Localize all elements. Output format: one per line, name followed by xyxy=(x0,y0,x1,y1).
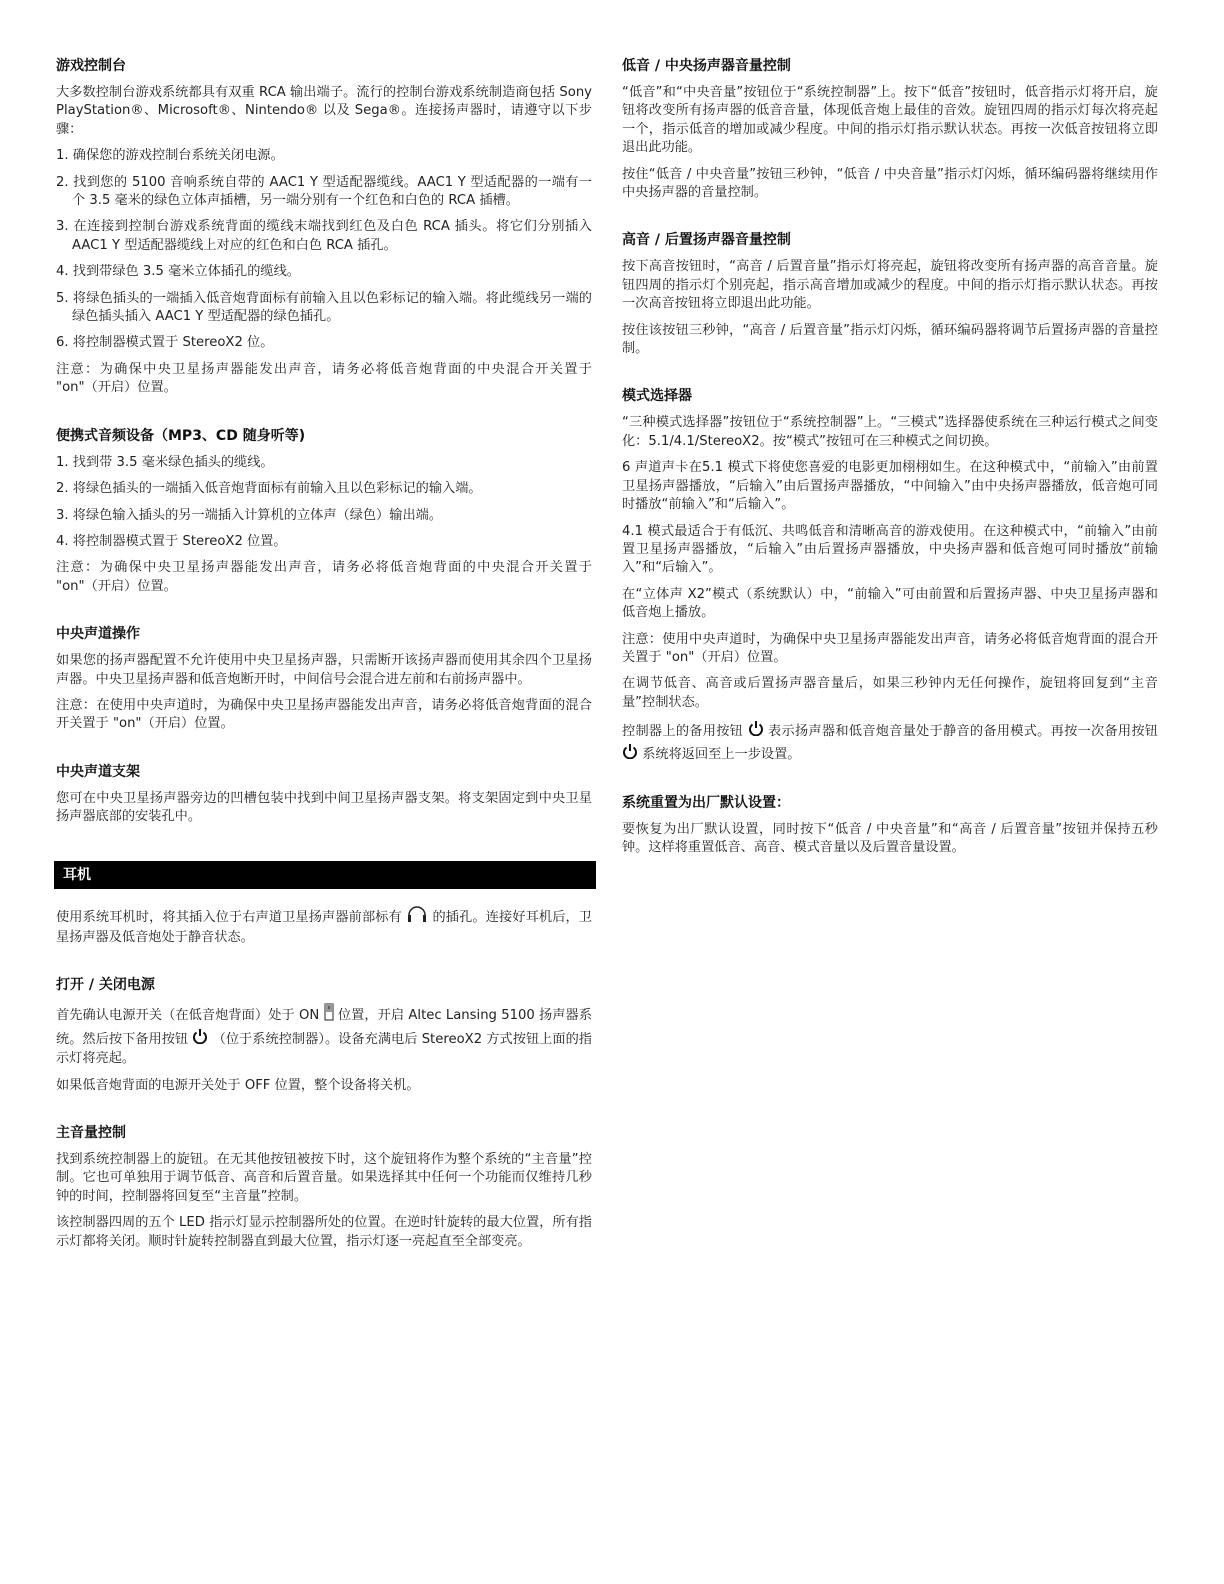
paragraph: 该控制器四周的五个 LED 指示灯显示控制器所处的位置。在逆时针旋转的最大位置，… xyxy=(56,1214,592,1251)
paragraph: 大多数控制台游戏系统都具有双重 RCA 输出端子。流行的控制台游戏系统制造商包括… xyxy=(56,84,592,139)
text: 控制器上的备用按钮 xyxy=(622,724,743,739)
text: 使用系统耳机时，将其插入位于右声道卫星扬声器前部标有 xyxy=(56,910,402,925)
note: 注意：在使用中央声道时，为确保中央卫星扬声器能发出声音，请务必将低音炮背面的混合… xyxy=(56,697,592,734)
standby-power-icon xyxy=(622,743,638,765)
section-center-channel-operation: 中央声道操作 如果您的扬声器配置不允许使用中央卫星扬声器，只需断开该扬声器而使用… xyxy=(56,624,592,734)
headphones-icon xyxy=(406,905,428,929)
power-switch-icon xyxy=(324,1003,334,1027)
list-item: 6. 将控制器模式置于 StereoX2 位。 xyxy=(56,334,592,352)
paragraph: 如果您的扬声器配置不允许使用中央卫星扬声器，只需断开该扬声器而使用其余四个卫星扬… xyxy=(56,652,592,689)
note: 注意：使用中央声道时，为确保中央卫星扬声器能发出声音，请务必将低音炮背面的混合开… xyxy=(622,631,1158,668)
section-power: 打开 / 关闭电源 首先确认电源开关（在低音炮背面）处于 ON 位置，开启 Al… xyxy=(56,975,592,1095)
list-item: 2. 找到您的 5100 音响系统自带的 AAC1 Y 型适配器缆线。AAC1 … xyxy=(56,174,592,211)
standby-power-icon xyxy=(748,720,764,742)
paragraph: 按住该按钮三秒钟，“高音 / 后置音量”指示灯闪烁，循环编码器将调节后置扬声器的… xyxy=(622,322,1158,359)
section-title: 低音 / 中央扬声器音量控制 xyxy=(622,56,1158,76)
paragraph: 首先确认电源开关（在低音炮背面）处于 ON 位置，开启 Altec Lansin… xyxy=(56,1003,592,1068)
headphones-section-bar: 耳机 xyxy=(54,861,596,889)
paragraph: 按下高音按钮时，“高音 / 后置音量”指示灯将亮起，旋钮将改变所有扬声器的高音音… xyxy=(622,258,1158,313)
section-bass-center-volume: 低音 / 中央扬声器音量控制 “低音”和“中央音量”按钮位于“系统控制器”上。按… xyxy=(622,56,1158,202)
standby-power-icon xyxy=(192,1028,208,1050)
paragraph: 控制器上的备用按钮 表示扬声器和低音炮音量处于静音的备用模式。再按一次备用按钮 … xyxy=(622,720,1158,765)
section-title: 中央声道操作 xyxy=(56,624,592,644)
list-item: 5. 将绿色插头的一端插入低音炮背面标有前输入且以色彩标记的输入端。将此缆线另一… xyxy=(56,290,592,327)
section-title: 高音 / 后置扬声器音量控制 xyxy=(622,230,1158,250)
section-mode-selector: 模式选择器 “三种模式选择器”按钮位于“系统控制器”上。“三模式”选择器使系统在… xyxy=(622,386,1158,765)
section-game-console: 游戏控制台 大多数控制台游戏系统都具有双重 RCA 输出端子。流行的控制台游戏系… xyxy=(56,56,592,398)
note: 注意：为确保中央卫星扬声器能发出声音，请务必将低音炮背面的中央混合开关置于 "o… xyxy=(56,559,592,596)
section-title: 游戏控制台 xyxy=(56,56,592,76)
section-title: 主音量控制 xyxy=(56,1123,592,1143)
paragraph: 如果低音炮背面的电源开关处于 OFF 位置，整个设备将关机。 xyxy=(56,1077,592,1095)
right-column: 低音 / 中央扬声器音量控制 “低音”和“中央音量”按钮位于“系统控制器”上。按… xyxy=(622,56,1158,886)
section-headphones: 使用系统耳机时，将其插入位于右声道卫星扬声器前部标有 的插孔。连接好耳机后，卫星… xyxy=(56,905,592,948)
list-item: 2. 将绿色插头的一端插入低音炮背面标有前输入且以色彩标记的输入端。 xyxy=(56,480,592,498)
paragraph: 找到系统控制器上的旋钮。在无其他按钮被按下时，这个旋钮将作为整个系统的“主音量”… xyxy=(56,1151,592,1206)
list-item: 4. 将控制器模式置于 StereoX2 位置。 xyxy=(56,533,592,551)
section-title: 打开 / 关闭电源 xyxy=(56,975,592,995)
paragraph: 6 声道声卡在5.1 模式下将使您喜爱的电影更加栩栩如生。在这种模式中，“前输入… xyxy=(622,459,1158,514)
section-master-volume: 主音量控制 找到系统控制器上的旋钮。在无其他按钮被按下时，这个旋钮将作为整个系统… xyxy=(56,1123,592,1251)
section-title: 系统重置为出厂默认设置： xyxy=(622,793,1158,813)
section-portable-audio: 便携式音频设备（MP3、CD 随身听等) 1. 找到带 3.5 毫米绿色插头的缆… xyxy=(56,426,592,596)
paragraph: 按住“低音 / 中央音量”按钮三秒钟，“低音 / 中央音量”指示灯闪烁，循环编码… xyxy=(622,166,1158,203)
list-item: 3. 将绿色输入插头的另一端插入计算机的立体声（绿色）输出端。 xyxy=(56,507,592,525)
paragraph: 4.1 模式最适合于有低沉、共鸣低音和清晰高音的游戏使用。在这种模式中，“前输入… xyxy=(622,523,1158,578)
list-item: 4. 找到带绿色 3.5 毫米立体插孔的缆线。 xyxy=(56,263,592,281)
paragraph: 您可在中央卫星扬声器旁边的凹槽包装中找到中间卫星扬声器支架。将支架固定到中央卫星… xyxy=(56,790,592,827)
paragraph: 在“立体声 X2”模式（系统默认）中，“前输入”可由前置和后置扬声器、中央卫星扬… xyxy=(622,586,1158,623)
section-title: 模式选择器 xyxy=(622,386,1158,406)
list-item: 1. 确保您的游戏控制台系统关闭电源。 xyxy=(56,147,592,165)
text: 系统将返回至上一步设置。 xyxy=(642,747,800,762)
list-item: 3. 在连接到控制台游戏系统背面的缆线末端找到红色及白色 RCA 插头。将它们分… xyxy=(56,218,592,255)
section-center-bracket: 中央声道支架 您可在中央卫星扬声器旁边的凹槽包装中找到中间卫星扬声器支架。将支架… xyxy=(56,762,592,827)
list-item: 1. 找到带 3.5 毫米绿色插头的缆线。 xyxy=(56,454,592,472)
text: 表示扬声器和低音炮音量处于静音的备用模式。再按一次备用按钮 xyxy=(768,724,1158,739)
section-title: 中央声道支架 xyxy=(56,762,592,782)
note: 注意：为确保中央卫星扬声器能发出声音，请务必将低音炮背面的中央混合开关置于 "o… xyxy=(56,361,592,398)
section-treble-rear-volume: 高音 / 后置扬声器音量控制 按下高音按钮时，“高音 / 后置音量”指示灯将亮起… xyxy=(622,230,1158,358)
section-title: 便携式音频设备（MP3、CD 随身听等) xyxy=(56,426,592,446)
text: 首先确认电源开关（在低音炮背面）处于 ON xyxy=(56,1009,319,1024)
section-factory-reset: 系统重置为出厂默认设置： 要恢复为出厂默认设置，同时按下“低音 / 中央音量”和… xyxy=(622,793,1158,858)
left-column: 游戏控制台 大多数控制台游戏系统都具有双重 RCA 输出端子。流行的控制台游戏系… xyxy=(56,56,592,1279)
paragraph: 在调节低音、高音或后置扬声器音量后，如果三秒钟内无任何操作，旋钮将回复到“主音量… xyxy=(622,675,1158,712)
paragraph: 要恢复为出厂默认设置，同时按下“低音 / 中央音量”和“高音 / 后置音量”按钮… xyxy=(622,821,1158,858)
paragraph: “低音”和“中央音量”按钮位于“系统控制器”上。按下“低音”按钮时，低音指示灯将… xyxy=(622,84,1158,158)
paragraph: “三种模式选择器”按钮位于“系统控制器”上。“三模式”选择器使系统在三种运行模式… xyxy=(622,414,1158,451)
paragraph: 使用系统耳机时，将其插入位于右声道卫星扬声器前部标有 的插孔。连接好耳机后，卫星… xyxy=(56,905,592,948)
